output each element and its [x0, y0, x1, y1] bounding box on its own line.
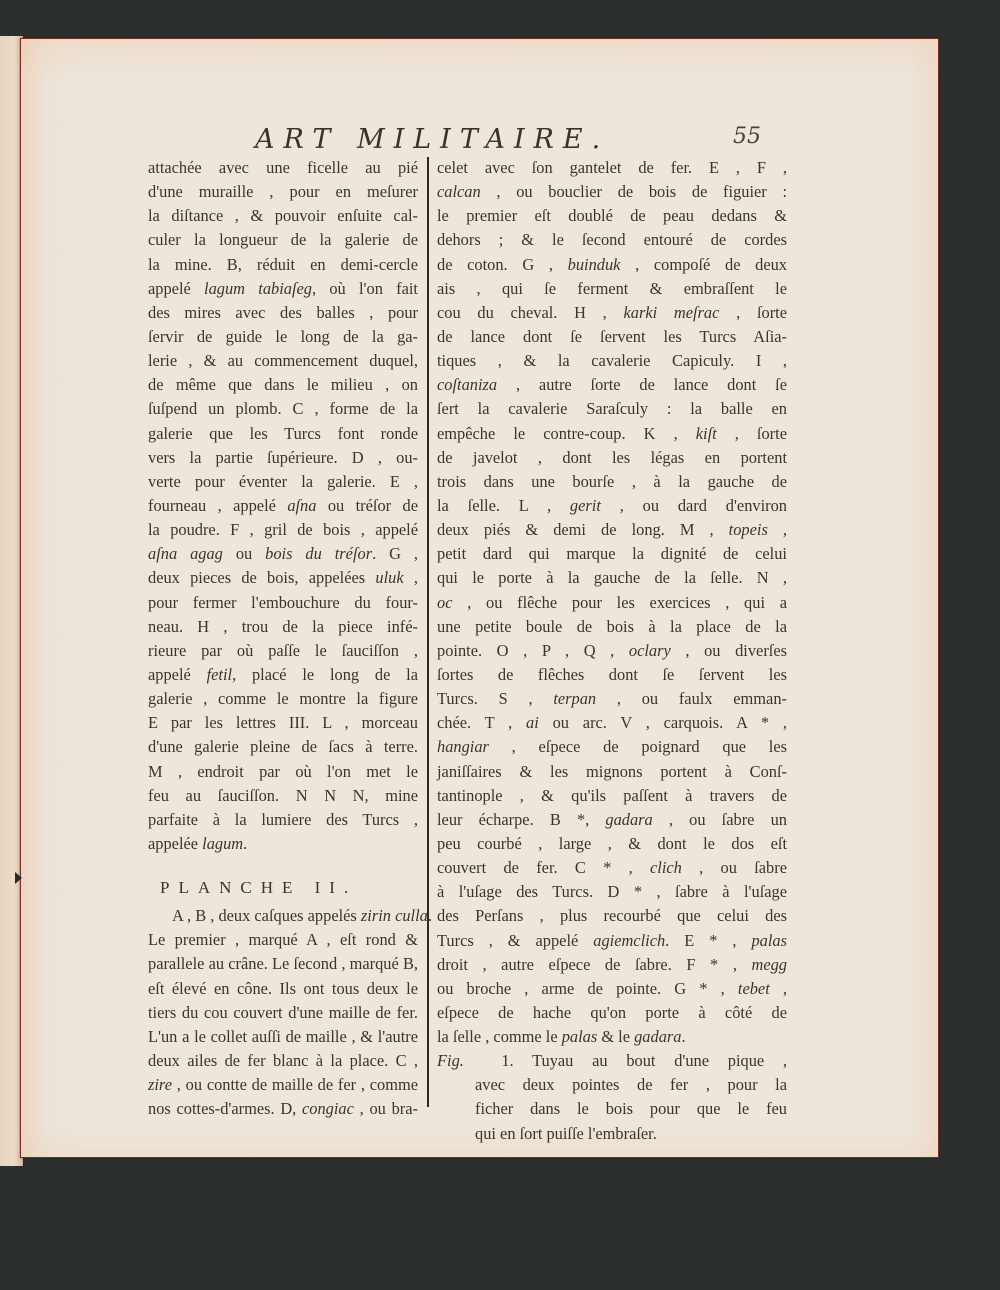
text-line: cou du cheval. H , karki meſrac , ſorte — [437, 301, 787, 325]
text-line: dehors ; & le ſecond entouré de cordes — [437, 228, 787, 252]
text-line: eſpece de hache qu'on porte à côté de — [437, 1001, 787, 1025]
text-line: de javelot , dont les légas en portent — [437, 446, 787, 470]
left-column-body: attachée avec une ficelle au piéd'une mu… — [148, 156, 418, 856]
text-line: petit dard qui marque la dignité de celu… — [437, 542, 787, 566]
figure-note-line: qui en ſort puiſſe l'embraſer. — [437, 1122, 787, 1146]
text-line: hangiar , eſpece de poignard que les — [437, 735, 787, 759]
text-line: parallele au crâne. Le ſecond , marqué B… — [148, 952, 418, 976]
text-line: aſna agag ou bois du tréſor. G , — [148, 542, 418, 566]
text-line: la poudre. F , gril de bois , appelé — [148, 518, 418, 542]
text-line: des mires avec des balles , pour — [148, 301, 418, 325]
text-line: la mine. B, réduit en demi-cercle — [148, 253, 418, 277]
text-line: la ſelle. L , gerit , ou dard d'environ — [437, 494, 787, 518]
text-line: rieure par où paſſe le ſauciſſon , — [148, 639, 418, 663]
text-line: une petite boule de bois à la place de l… — [437, 615, 787, 639]
text-line: verte pour éventer la galerie. E , — [148, 470, 418, 494]
text-line: pour fermer l'embouchure du four- — [148, 591, 418, 615]
text-line: Turcs , & appelé agiemclich. E * , palas — [437, 929, 787, 953]
right-column: celet avec ſon gantelet de fer. E , F ,c… — [437, 156, 787, 1146]
text-line: deux pieces de bois, appelées uluk , — [148, 566, 418, 590]
figure-note: Fig. 1. Tuyau au bout d'une pique ,avec … — [437, 1049, 787, 1146]
text-line: calcan , ou bouclier de bois de figuier … — [437, 180, 787, 204]
text-line: L'un a le collet auſſi de maille , & l'a… — [148, 1025, 418, 1049]
text-line: peu courbé , large , & dont le dos eſt — [437, 832, 787, 856]
text-line: attachée avec une ficelle au pié — [148, 156, 418, 180]
figure-note-line: Fig. 1. Tuyau au bout d'une pique , — [437, 1049, 787, 1073]
text-line: oc , ou flêche pour les exercices , qui … — [437, 591, 787, 615]
text-line: zire , ou contte de maille de fer , comm… — [148, 1073, 418, 1097]
section-heading: PLANCHE II. — [148, 856, 418, 904]
text-line: la diſtance , & pouvoir enſuite cal- — [148, 204, 418, 228]
text-line: E par les lettres III. L , morceau — [148, 711, 418, 735]
figure-label: Fig. — [437, 1051, 464, 1070]
text-line: janiſſaires & les mignons portent à Conſ… — [437, 760, 787, 784]
text-line: ſuſpend un plomb. C , forme de la — [148, 397, 418, 421]
figure-note-line: avec deux pointes de fer , pour la — [437, 1073, 787, 1097]
text-line: Turcs. S , terpan , ou faulx emman- — [437, 687, 787, 711]
text-line: nos cottes-d'armes. D, congiac , ou bra- — [148, 1097, 418, 1121]
text-line: appelé lagum tabiaſeg, où l'on fait — [148, 277, 418, 301]
text-line: lerie , & au commencement duquel, — [148, 349, 418, 373]
text-line: à l'uſage des Turcs. D * , ſabre à l'uſa… — [437, 880, 787, 904]
text-line: le premier eſt doublé de peau dedans & — [437, 204, 787, 228]
text-line: la ſelle , comme le palas & le gadara. — [437, 1025, 787, 1049]
text-line: d'une galerie pleine de ſacs à terre. — [148, 735, 418, 759]
text-line: tantinople , & qu'ils paſſent à travers … — [437, 784, 787, 808]
running-head: ART MILITAIRE. — [255, 124, 609, 155]
text-line: qui le porte à la gauche de la ſelle. N … — [437, 566, 787, 590]
text-line: fourneau , appelé aſna ou tréſor de — [148, 494, 418, 518]
text-line: de coton. G , buinduk , compoſé de deux — [437, 253, 787, 277]
text-line: ſortes de flêches dont ſe ſervent les — [437, 663, 787, 687]
text-line: Le premier , marqué A , eſt rond & — [148, 928, 418, 952]
right-column-body: celet avec ſon gantelet de fer. E , F ,c… — [437, 156, 787, 1049]
text-line: pointe. O , P , Q , oclary , ou diverſes — [437, 639, 787, 663]
text-line: appelé fetil, placé le long de la — [148, 663, 418, 687]
text-line: eſt élevé en cône. Ils ont tous deux le — [148, 977, 418, 1001]
text-line: galerie , comme le montre la figure — [148, 687, 418, 711]
text-line: empêche le contre-coup. K , kiſt , ſorte — [437, 422, 787, 446]
text-line: ſervir de guide le long de la ga- — [148, 325, 418, 349]
text-line: tiers du cou couvert d'une maille de fer… — [148, 1001, 418, 1025]
text-line: galerie que les Turcs font ronde — [148, 422, 418, 446]
text-line: ou broche , arme de pointe. G * , tebet … — [437, 977, 787, 1001]
text-line: A , B , deux caſques appelés zirin culla… — [148, 904, 418, 928]
text-line: M , endroit par où l'on met le — [148, 760, 418, 784]
text-line: droit , autre eſpece de ſabre. F * , meg… — [437, 953, 787, 977]
text-line: chée. T , ai ou arc. V , carquois. A * , — [437, 711, 787, 735]
text-line: couvert de fer. C * , clich , ou ſabre — [437, 856, 787, 880]
text-line: vers la partie ſupérieure. D , ou- — [148, 446, 418, 470]
text-line: deux ailes de fer blanc à la place. C , — [148, 1049, 418, 1073]
text-line: appelée lagum. — [148, 832, 418, 856]
text-line: des Perſans , plus recourbé que celui de… — [437, 904, 787, 928]
text-line: parfaite à la lumiere des Turcs , — [148, 808, 418, 832]
figure-note-line: ficher dans le bois pour que le feu — [437, 1097, 787, 1121]
text-line: coſtaniza , autre ſorte de lance dont ſe — [437, 373, 787, 397]
text-line: feu au ſauciſſon. N N N, mine — [148, 784, 418, 808]
text-line: de lance dont ſe ſervent les Turcs Aſia- — [437, 325, 787, 349]
text-line: ais , qui ſe ferment & embraſſent le — [437, 277, 787, 301]
text-line: celet avec ſon gantelet de fer. E , F , — [437, 156, 787, 180]
text-line: neau. H , trou de la piece infé- — [148, 615, 418, 639]
text-line: de même que dans le milieu , on — [148, 373, 418, 397]
text-line: leur écharpe. B *, gadara , ou ſabre un — [437, 808, 787, 832]
page-number: 55 — [733, 124, 761, 149]
text-line: culer la longueur de la galerie de — [148, 228, 418, 252]
text-line: trois dans une bourſe , à la gauche de — [437, 470, 787, 494]
figure-number: 1. — [501, 1051, 513, 1070]
planche-ii-body: A , B , deux caſques appelés zirin culla… — [148, 904, 418, 1121]
text-line: ſert la cavalerie Saraſculy : la balle e… — [437, 397, 787, 421]
text-line: d'une muraille , pour en meſurer — [148, 180, 418, 204]
left-column: attachée avec une ficelle au piéd'une mu… — [148, 156, 418, 1121]
text-line: tiques , & la cavalerie Capiculy. I , — [437, 349, 787, 373]
column-divider — [427, 157, 429, 1107]
text-line: deux piés & demi de long. M , topeis , — [437, 518, 787, 542]
